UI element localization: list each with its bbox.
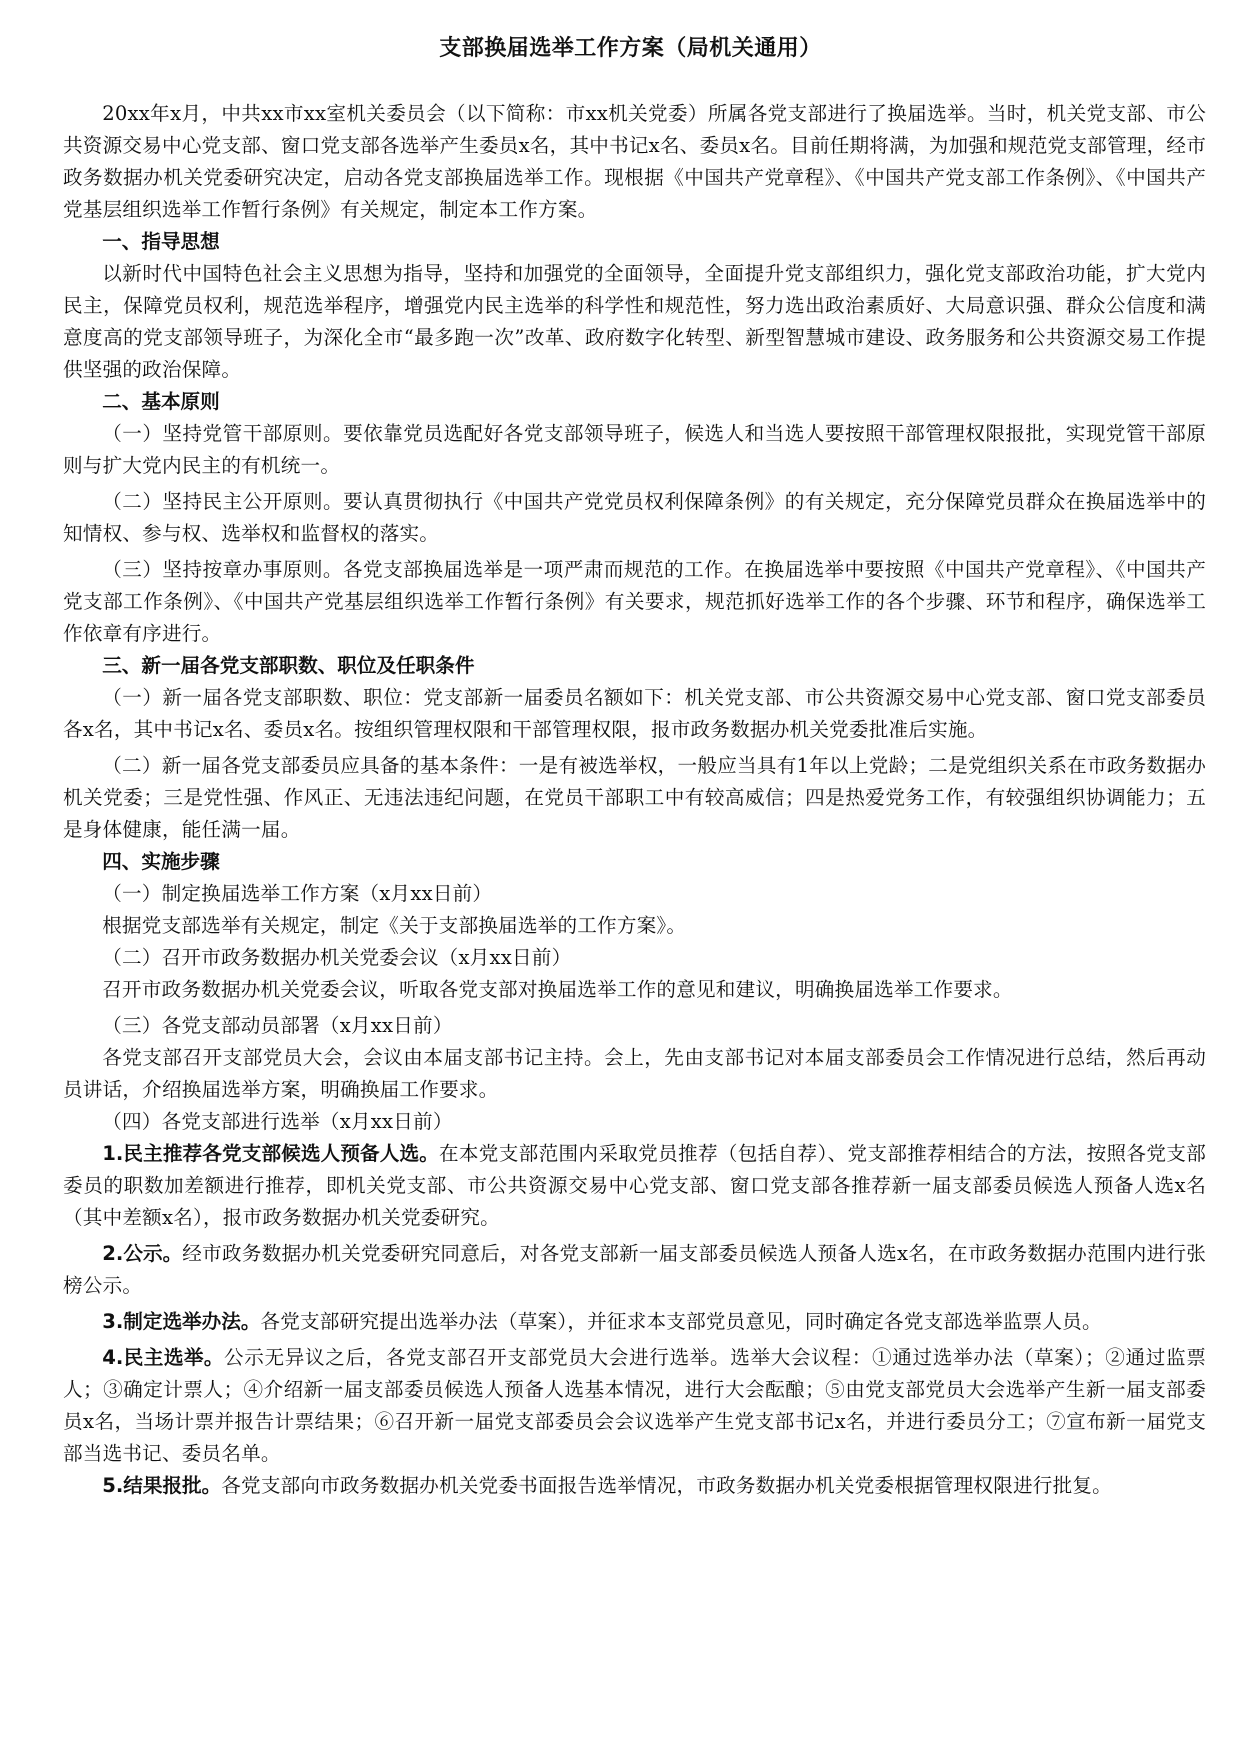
election-item-lead: 1.民主推荐各党支部候选人预备人选。 [102,1142,439,1165]
step-title: （四）各党支部进行选举（x月xx日前） [63,1106,1206,1138]
step-text: 各党支部召开支部党员大会，会议由本届支部书记主持。会上，先由支部书记对本届支部委… [63,1042,1206,1106]
section-paragraph: （二）坚持民主公开原则。要认真贯彻执行《中国共产党党员权利保障条例》的有关规定，… [63,486,1206,550]
step-title: （二）召开市政务数据办机关党委会议（x月xx日前） [63,942,1206,974]
election-item-lead: 2.公示。 [102,1242,182,1265]
section-heading: 一、指导思想 [63,226,1206,258]
section-heading: 三、新一届各党支部职数、职位及任职条件 [63,650,1206,682]
election-item: 3.制定选举办法。各党支部研究提出选举办法（草案），并征求本支部党员意见，同时确… [63,1306,1206,1338]
step-text: 根据党支部选举有关规定，制定《关于支部换届选举的工作方案》。 [63,910,1206,942]
section-heading: 四、实施步骤 [63,846,1206,878]
document-title: 支部换届选举工作方案（局机关通用） [63,34,1206,64]
election-item-text: 各党支部研究提出选举办法（草案），并征求本支部党员意见，同时确定各党支部选举监票… [260,1310,1101,1333]
section-implementation-steps: 四、实施步骤 （一）制定换届选举工作方案（x月xx日前） 根据党支部选举有关规定… [63,846,1206,1502]
election-item-lead: 4.民主选举。 [102,1346,224,1369]
election-item-text: 各党支部向市政务数据办机关党委书面报告选举情况，市政务数据办机关党委根据管理权限… [221,1474,1112,1497]
election-item: 5.结果报批。各党支部向市政务数据办机关党委书面报告选举情况，市政务数据办机关党… [63,1470,1206,1502]
step-title: （三）各党支部动员部署（x月xx日前） [63,1010,1206,1042]
section-guiding-ideology: 一、指导思想 以新时代中国特色社会主义思想为指导，坚持和加强党的全面领导，全面提… [63,226,1206,386]
section-positions-and-qualifications: 三、新一届各党支部职数、职位及任职条件 （一）新一届各党支部职数、职位：党支部新… [63,650,1206,846]
election-item: 2.公示。经市政务数据办机关党委研究同意后，对各党支部新一届支部委员候选人预备人… [63,1238,1206,1302]
election-item-lead: 5.结果报批。 [102,1474,221,1497]
election-item-lead: 3.制定选举办法。 [102,1310,260,1333]
section-paragraph: （三）坚持按章办事原则。各党支部换届选举是一项严肃而规范的工作。在换届选举中要按… [63,554,1206,650]
section-paragraph: （二）新一届各党支部委员应具备的基本条件：一是有被选举权，一般应当具有1年以上党… [63,750,1206,846]
step-text: 召开市政务数据办机关党委会议，听取各党支部对换届选举工作的意见和建议，明确换届选… [63,974,1206,1006]
section-paragraph: （一）新一届各党支部职数、职位：党支部新一届委员名额如下：机关党支部、市公共资源… [63,682,1206,746]
election-item: 4.民主选举。公示无异议之后，各党支部召开支部党员大会进行选举。选举大会议程：①… [63,1342,1206,1470]
intro-paragraph: 20xx年x月，中共xx市xx室机关委员会（以下简称：市xx机关党委）所属各党支… [63,98,1206,226]
election-item-text: 公示无异议之后，各党支部召开支部党员大会进行选举。选举大会议程：①通过选举办法（… [63,1346,1206,1465]
step-title: （一）制定换届选举工作方案（x月xx日前） [63,878,1206,910]
section-heading: 二、基本原则 [63,386,1206,418]
document-page: 支部换届选举工作方案（局机关通用） 20xx年x月，中共xx市xx室机关委员会（… [63,34,1206,1502]
section-basic-principles: 二、基本原则 （一）坚持党管干部原则。要依靠党员选配好各党支部领导班子，候选人和… [63,386,1206,650]
section-paragraph: （一）坚持党管干部原则。要依靠党员选配好各党支部领导班子，候选人和当选人要按照干… [63,418,1206,482]
section-paragraph: 以新时代中国特色社会主义思想为指导，坚持和加强党的全面领导，全面提升党支部组织力… [63,258,1206,386]
election-item-text: 经市政务数据办机关党委研究同意后，对各党支部新一届支部委员候选人预备人选x名，在… [63,1242,1206,1297]
election-item: 1.民主推荐各党支部候选人预备人选。在本党支部范围内采取党员推荐（包括自荐）、党… [63,1138,1206,1234]
